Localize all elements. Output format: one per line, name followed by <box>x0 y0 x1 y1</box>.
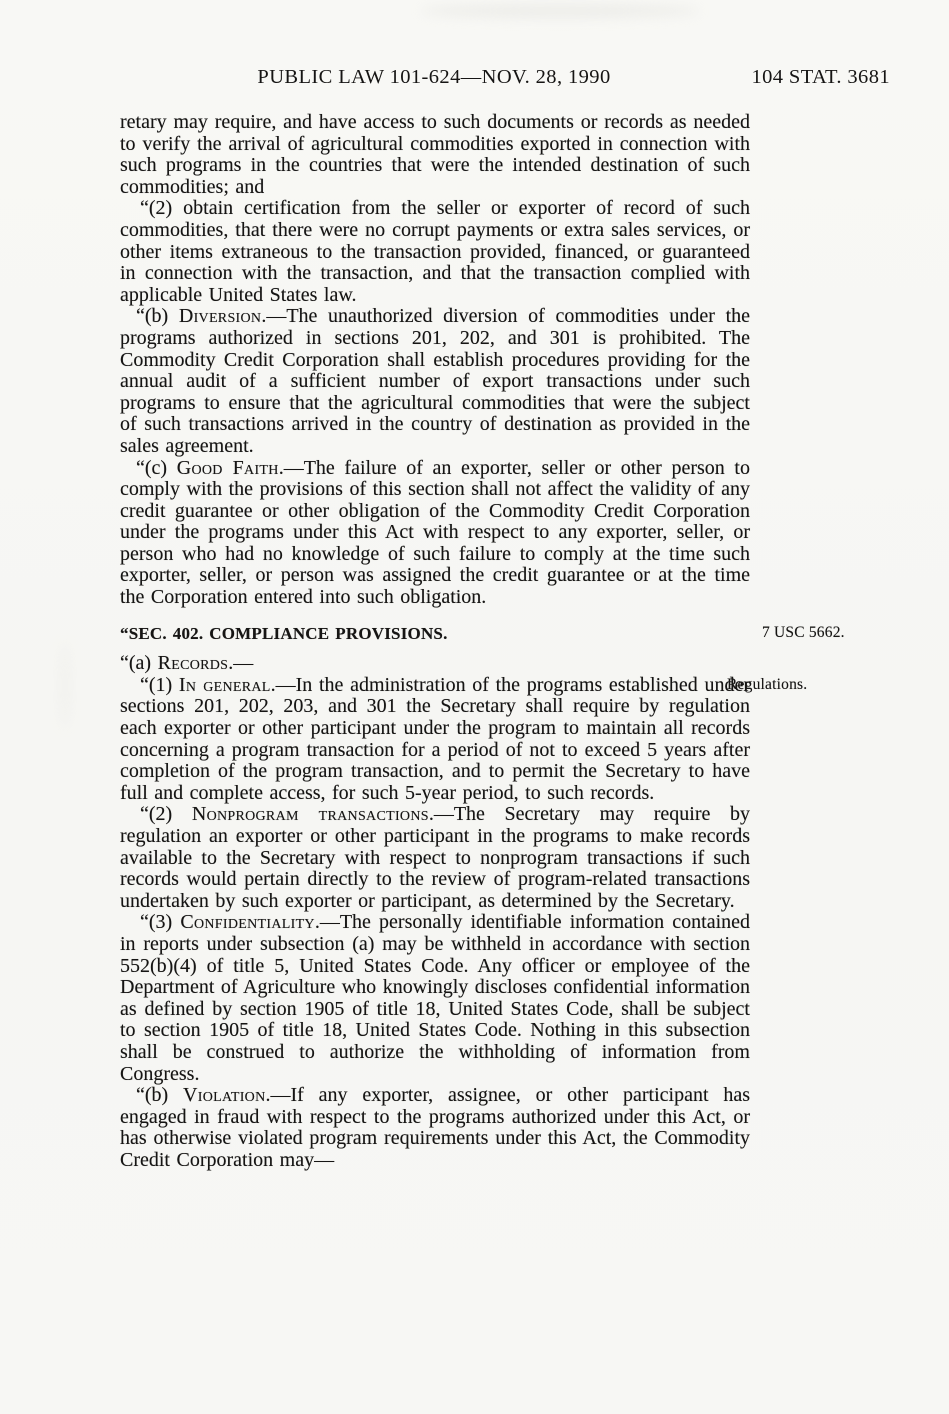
scan-smudge <box>60 640 70 730</box>
clause-lead: “(a) <box>120 652 158 674</box>
clause-lead: “(1) <box>140 674 179 696</box>
clause-lead: “(2) <box>140 197 183 219</box>
law-title: PUBLIC LAW 101-624—NOV. 28, 1990 <box>120 66 748 89</box>
statute-page: PUBLIC LAW 101-624—NOV. 28, 1990 104 STA… <box>0 0 949 1414</box>
section-402-heading: “SEC. 402. COMPLIANCE PROVISIONS. 7 USC … <box>120 623 750 645</box>
smallcaps-label: Confidentiality <box>180 911 314 933</box>
page-header: PUBLIC LAW 101-624—NOV. 28, 1990 104 STA… <box>120 66 890 90</box>
paragraph-clause-2: “(2) obtain certification from the selle… <box>120 198 750 306</box>
smallcaps-label: Good Faith <box>177 457 279 479</box>
clause-text: .—The personally identifiable informatio… <box>120 911 750 1084</box>
paragraph-subsection-a-records: “(a) Records.— <box>120 653 750 675</box>
paragraph-3-confidentiality: “(3) Confidentiality.—The personally ide… <box>120 912 750 1085</box>
clause-lead: “(b) <box>136 1084 183 1106</box>
clause-lead: “(b) <box>136 305 179 327</box>
clause-lead: “(2) <box>140 803 192 825</box>
statute-text-column: retary may require, and have access to s… <box>120 112 750 1172</box>
smallcaps-label: Records <box>158 652 229 674</box>
clause-lead: “(c) <box>136 457 177 479</box>
clause-text: .—The unauthorized diversion of commodit… <box>120 305 750 457</box>
smallcaps-label: In general <box>179 674 271 696</box>
paragraph-1-in-general: “(1) In general.—In the administration o… <box>120 675 750 805</box>
paragraph-subsection-b-violation: “(b) Violation.—If any exporter, assigne… <box>120 1085 750 1171</box>
section-heading-text: “SEC. 402. COMPLIANCE PROVISIONS. <box>120 624 448 643</box>
margin-note-usc-reference: 7 USC 5662. <box>762 624 947 642</box>
paragraph-clause-1-continuation: retary may require, and have access to s… <box>120 112 750 198</box>
smallcaps-label: Diversion <box>179 305 261 327</box>
clause-text: obtain certification from the seller or … <box>120 197 750 305</box>
paragraph-2-nonprogram-transactions: “(2) Nonprogram transactions.—The Secret… <box>120 804 750 912</box>
scan-smudge <box>420 4 700 18</box>
smallcaps-label: Nonprogram transactions <box>192 803 429 825</box>
paragraph-subsection-c-good-faith: “(c) Good Faith.—The failure of an expor… <box>120 458 750 609</box>
clause-text: .— <box>228 652 253 674</box>
smallcaps-label: Violation <box>183 1084 265 1106</box>
margin-note-regulations: Regulations. <box>727 676 912 694</box>
clause-lead: “(3) <box>140 911 180 933</box>
paragraph-subsection-b-diversion: “(b) Diversion.—The unauthorized diversi… <box>120 306 750 457</box>
clause-text: .—The failure of an exporter, seller or … <box>120 457 750 609</box>
stat-page-number: 104 STAT. 3681 <box>751 66 890 89</box>
